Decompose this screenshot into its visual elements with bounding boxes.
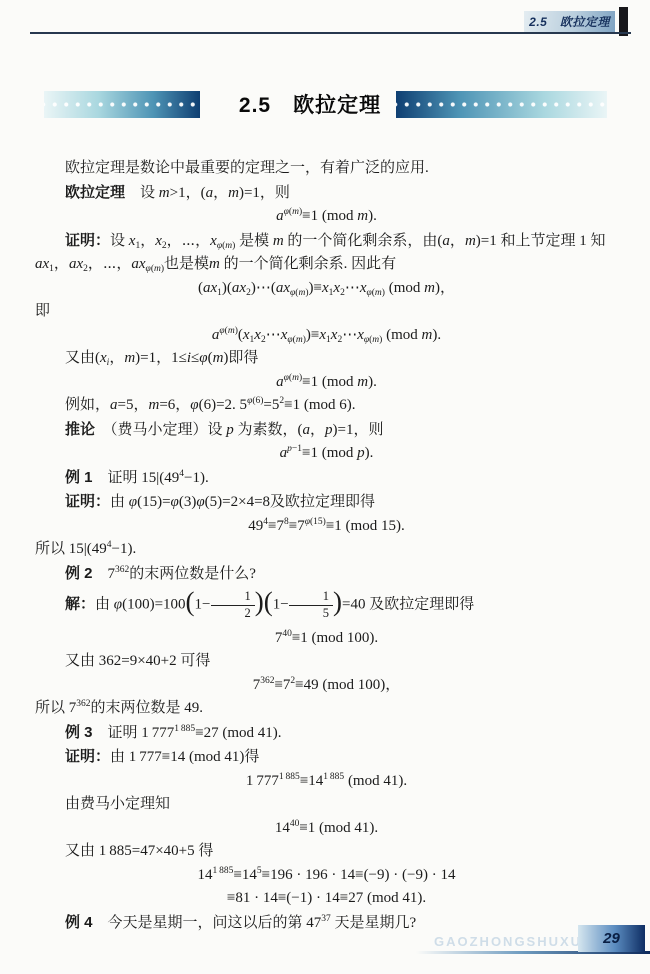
content-lines: 欧拉定理是数论中最重要的定理之一，有着广泛的应用.欧拉定理 设 m>1，(a，m… xyxy=(35,157,618,935)
math-formula-line: ap−1≡1 (mod p). xyxy=(35,442,618,466)
text-line: 例如，a=5，m=6，φ(6)=2. 5φ(6)=52≡1 (mod 6). xyxy=(35,394,618,418)
math-formula-line: 1 7771 885≡141 885 (mod 41). xyxy=(35,770,618,794)
text-line: 例 2 7362的末两位数是什么? xyxy=(35,562,618,587)
text-line: 所以 7362的末两位数是 49. xyxy=(35,697,618,721)
text-line: 证明：设 x1，x2，⋯，xφ(m) 是模 m 的一个简化剩余系，由(a，m)=… xyxy=(35,229,618,254)
math-formula-line: aφ(m)≡1 (mod m). xyxy=(35,205,618,229)
text-line: 欧拉定理是数论中最重要的定理之一，有着广泛的应用. xyxy=(35,157,618,181)
text-line: 例 3 证明 1 7771 885≡27 (mod 41). xyxy=(35,721,618,746)
math-formula-line: aφ(m)(x1x2⋯xφ(m))≡x1x2⋯xφ(m) (mod m). xyxy=(35,324,618,348)
text-line: 又由 1 885=47×40+5 得 xyxy=(35,840,618,864)
text-line: 由费马小定理知 xyxy=(35,793,618,817)
text-line: 即 xyxy=(35,300,618,324)
text-line: 所以 15|(494−1). xyxy=(35,538,618,562)
math-formula-line: ≡81 · 14≡(−1) · 14≡27 (mod 41). xyxy=(35,887,618,911)
text-line: 又由(xi，m)=1，1≤i≤φ(m)即得 xyxy=(35,347,618,371)
math-formula-line: 141 885≡145≡196 · 196 · 14≡(−9) · (−9) ·… xyxy=(35,864,618,888)
math-formula-line: (ax1)(ax2)⋯(axφ(m))≡x1x2⋯xφ(m) (mod m)， xyxy=(35,277,618,301)
text-line: 例 4 今天是星期一，问这以后的第 4737 天是星期几? xyxy=(35,911,618,936)
text-line: 欧拉定理 设 m>1，(a，m)=1，则 xyxy=(35,181,618,206)
text-line: 又由 362=9×40+2 可得 xyxy=(35,650,618,674)
math-formula-line: 740≡1 (mod 100). xyxy=(35,627,618,651)
header-section-tab: 2.5 欧拉定理 xyxy=(524,11,615,32)
text-line: 证明：由 1 777≡14 (mod 41)得 xyxy=(35,745,618,770)
math-formula-line: 7362≡72≡49 (mod 100)， xyxy=(35,674,618,698)
textbook-page: 2.5 欧拉定理 2.5 欧拉定理 欧拉定理是数论中最重要的定理之一，有着广泛的… xyxy=(0,0,650,974)
banner-dots-left xyxy=(44,91,200,118)
banner-dots-right xyxy=(396,91,607,118)
text-line: ax1，ax2，⋯，axφ(m)也是模m 的一个简化剩余系. 因此有 xyxy=(35,253,618,277)
footer-watermark: GAOZHONGSHUXUE xyxy=(434,934,593,949)
text-line: 证明：由 φ(15)=φ(3)φ(5)=2×4=8及欧拉定理即得 xyxy=(35,490,618,515)
text-line: 推论 （费马小定理）设 p 为素数，(a，p)=1，则 xyxy=(35,418,618,443)
page-number-box: 29 xyxy=(578,925,645,952)
math-formula-line: aφ(m)≡1 (mod m). xyxy=(35,371,618,395)
header-rule xyxy=(30,32,631,34)
math-formula-line: 494≡78≡7φ(15)≡1 (mod 15). xyxy=(35,515,618,539)
text-line: 例 1 证明 15|(494−1). xyxy=(35,466,618,491)
header-section-label: 2.5 欧拉定理 xyxy=(529,13,610,30)
text-line: 解：由 φ(100)=100(1−12)(1−15)=40 及欧拉定理即得 xyxy=(35,586,618,627)
math-formula-line: 1440≡1 (mod 41). xyxy=(35,817,618,841)
page-number: 29 xyxy=(603,930,620,947)
section-title: 2.5 欧拉定理 xyxy=(230,88,390,120)
